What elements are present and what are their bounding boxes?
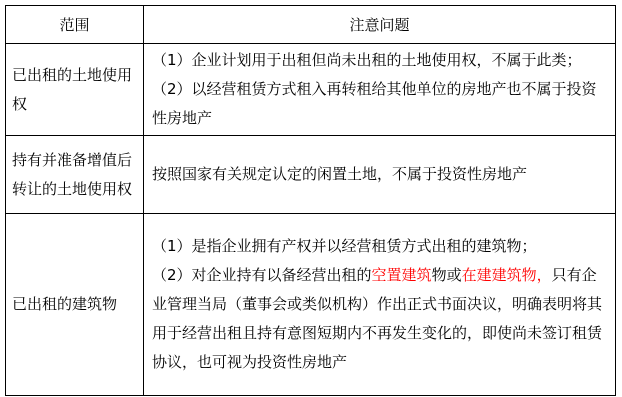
notes-cell: 按照国家有关规定认定的闲置土地，不属于投资性房地产 [144,136,616,214]
scope-cell: 持有并准备增值后转让的土地使用权 [6,136,144,214]
table-row: 已出租的土地使用权（1）企业计划用于出租但尚未出租的土地使用权，不属于此类；（2… [6,44,616,136]
note-text: 按照国家有关规定认定的闲置土地，不属于投资性房地产 [152,165,527,183]
investment-property-scope-table: 范围 注意问题 已出租的土地使用权（1）企业计划用于出租但尚未出租的土地使用权，… [5,5,616,396]
note-paragraph: （2）以经营租赁方式租入再转租给其他单位的房地产也不属于投资性房地产 [152,75,607,133]
notes-cell: （1）是指企业拥有产权并以经营租赁方式出租的建筑物；（2）对企业持有以备经营出租… [144,214,616,396]
note-text: （1）企业计划用于出租但尚未出租的土地使用权，不属于此类； [152,51,582,69]
document-page: 范围 注意问题 已出租的土地使用权（1）企业计划用于出租但尚未出租的土地使用权，… [0,0,622,397]
note-text: （2）对企业持有以备经营出租的 [152,266,372,284]
note-text: 物或 [432,266,462,284]
highlighted-term: 空置建筑 [372,266,432,284]
table-row: 已出租的建筑物（1）是指企业拥有产权并以经营租赁方式出租的建筑物；（2）对企业持… [6,214,616,396]
note-paragraph: 按照国家有关规定认定的闲置土地，不属于投资性房地产 [152,160,607,189]
header-cell-scope: 范围 [6,6,144,44]
header-row: 范围 注意问题 [6,6,616,44]
notes-cell: （1）企业计划用于出租但尚未出租的土地使用权，不属于此类；（2）以经营租赁方式租… [144,44,616,136]
note-text: （1）是指企业拥有产权并以经营租赁方式出租的建筑物； [152,237,537,255]
highlighted-term: 在建建筑物， [462,266,552,284]
scope-cell: 已出租的土地使用权 [6,44,144,136]
note-paragraph: （1）企业计划用于出租但尚未出租的土地使用权，不属于此类； [152,46,607,75]
table-body: 已出租的土地使用权（1）企业计划用于出租但尚未出租的土地使用权，不属于此类；（2… [6,44,616,396]
table-row: 持有并准备增值后转让的土地使用权按照国家有关规定认定的闲置土地，不属于投资性房地… [6,136,616,214]
header-cell-notes: 注意问题 [144,6,616,44]
scope-cell: 已出租的建筑物 [6,214,144,396]
note-text: （2）以经营租赁方式租入再转租给其他单位的房地产也不属于投资性房地产 [152,80,597,127]
note-paragraph: （2）对企业持有以备经营出租的空置建筑物或在建建筑物，只有企业管理当局（董事会或… [152,261,607,377]
note-paragraph: （1）是指企业拥有产权并以经营租赁方式出租的建筑物； [152,232,607,261]
